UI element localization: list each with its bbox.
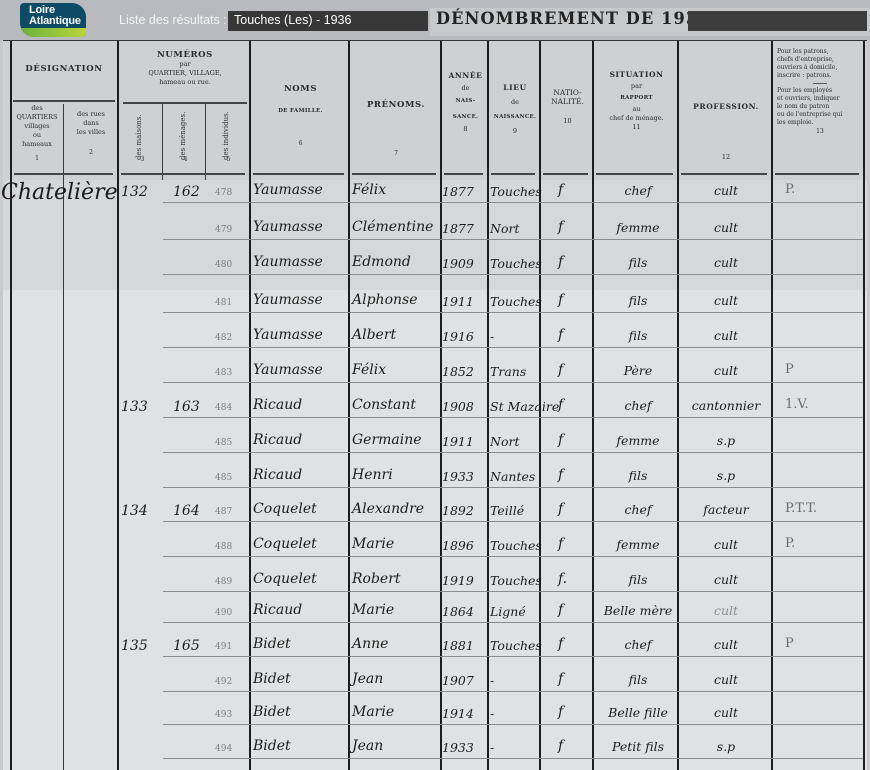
col-num-6: 6 [251, 140, 350, 147]
header-noms: NOMS DE FAMILLE. 6 [251, 84, 350, 147]
col-num-4: 4 [164, 156, 207, 163]
row-ruling [163, 274, 863, 275]
logo-line-2: Atlantique [29, 16, 81, 27]
column-border [117, 40, 119, 770]
cell-maison: 134 [121, 503, 148, 519]
cell-individu: 492 [215, 677, 232, 687]
header-line: ou de l'entreprise qui [777, 111, 863, 119]
cell-annee: 1911 [442, 294, 474, 309]
cell-individu: 484 [215, 403, 232, 413]
cell-maison: 133 [121, 399, 148, 415]
cell-situation: Belle mère [603, 603, 673, 618]
header-line: chefs d'entreprise, [777, 56, 863, 64]
cell-individu: 493 [215, 710, 232, 720]
cell-patron: P. [785, 182, 795, 197]
cell-annee: 1877 [442, 221, 474, 236]
cell-annee: 1852 [442, 364, 474, 379]
cell-individu: 479 [215, 225, 232, 235]
cell-nationalite: f [558, 327, 563, 343]
cell-annee: 1914 [442, 706, 474, 721]
cell-individu: 491 [215, 642, 232, 652]
col-num-13: 13 [777, 127, 863, 136]
cell-profession: cult [683, 537, 769, 552]
cell-nom: Yaumasse [253, 327, 323, 343]
situation-l3: RAPPORT [594, 91, 679, 105]
designation-title: DÉSIGNATION [11, 64, 117, 74]
header-line: Pour les employés [777, 87, 863, 95]
cell-menage: 162 [173, 184, 200, 200]
cell-situation: chef [603, 398, 673, 413]
header-line: Pour les patrons, [777, 48, 863, 56]
lieu-title: LIEU [489, 78, 541, 98]
col-num-1: 1 [11, 155, 63, 162]
cell-individu: 480 [215, 260, 232, 270]
header-nationalite: NATIO- NALITÉ. 10 [541, 88, 594, 126]
header-line: le nom du patron [777, 103, 863, 111]
column-border [771, 40, 773, 770]
cell-annee: 1933 [442, 740, 474, 755]
cell-lieu: Nort [490, 434, 519, 449]
cell-annee: 1892 [442, 503, 474, 518]
header-rule [123, 102, 247, 104]
header-bottom-rule [596, 173, 673, 175]
header-bottom-rule [681, 173, 767, 175]
profession-title: PROFESSION. [679, 102, 773, 111]
row-ruling [163, 591, 863, 592]
col-5-label: des individus. [222, 100, 230, 160]
row-ruling [163, 382, 863, 383]
column-border [249, 40, 251, 770]
col-num-3: 3 [121, 156, 164, 163]
cell-situation: chef [603, 637, 673, 652]
col-num-12: 12 [679, 153, 773, 162]
row-ruling [163, 556, 863, 557]
col-num-7: 7 [350, 150, 442, 157]
cell-lieu: - [490, 673, 494, 688]
cell-lieu: Touches [490, 573, 542, 588]
cell-individu: 478 [215, 188, 232, 198]
cell-situation: fils [603, 293, 673, 308]
col-num-11: 11 [594, 123, 679, 132]
cell-annee: 1919 [442, 573, 474, 588]
noms-sub: DE FAMILLE. [251, 108, 350, 114]
cell-individu: 488 [215, 542, 232, 552]
cell-nom: Ricaud [253, 432, 302, 448]
situation-title: SITUATION [594, 68, 679, 82]
cell-patron: P [785, 636, 794, 651]
cell-profession: cult [683, 572, 769, 587]
situation-l5: chef de ménage. [594, 114, 679, 123]
cell-nom: Bidet [253, 671, 291, 687]
cell-lieu: St Mazaire [490, 399, 559, 414]
column-border [592, 40, 594, 770]
cell-prenom: Clémentine [352, 219, 433, 235]
cell-situation: fils [603, 328, 673, 343]
cell-profession: cantonnier [683, 398, 769, 413]
cell-individu: 485 [215, 473, 232, 483]
header-rule [13, 100, 115, 102]
cell-patron: P [785, 362, 794, 377]
prenoms-title: PRÉNOMS. [350, 100, 442, 110]
cell-profession: facteur [683, 502, 769, 517]
row-ruling [163, 202, 863, 203]
col-num-5: 5 [207, 156, 250, 163]
header-line: hameaux [11, 140, 63, 149]
cell-nationalite: f [558, 397, 563, 413]
cell-annee: 1877 [442, 184, 474, 199]
cell-situation: femme [603, 537, 673, 552]
results-select[interactable]: Touches (Les) - 1936 [228, 11, 428, 31]
cell-annee: 1907 [442, 673, 474, 688]
cell-lieu: - [490, 740, 494, 755]
row-ruling [163, 656, 863, 657]
designation-col2-text: des ruesdansles villes [65, 110, 117, 137]
cell-prenom: Marie [352, 602, 394, 618]
cell-nom: Bidet [253, 738, 291, 754]
cell-nom: Coquelet [253, 501, 317, 517]
situation-l2: par [594, 82, 679, 91]
cell-nom: Yaumasse [253, 254, 323, 270]
cell-profession: cult [683, 293, 769, 308]
cell-profession: cult [683, 637, 769, 652]
header-line: les emploie. [777, 119, 863, 127]
header-line: QUARTIER, VILLAGE, [121, 69, 249, 78]
cell-prenom: Jean [352, 738, 383, 754]
header-lieu: LIEU de NAISSANCE. 9 [489, 78, 541, 136]
loire-atlantique-logo[interactable]: Loire Atlantique [20, 3, 86, 37]
cell-maison: 135 [121, 638, 148, 654]
row-ruling [163, 312, 863, 313]
cell-nationalite: f [558, 738, 563, 754]
cell-patron: 1.V. [785, 397, 809, 412]
cell-nom: Coquelet [253, 571, 317, 587]
col-3-label: des maisons. [135, 100, 143, 160]
results-label: Liste des résultats : [119, 13, 227, 27]
header-line: dans [65, 119, 117, 128]
header-bottom-rule [253, 173, 344, 175]
cell-nationalite: f [558, 219, 563, 235]
header-numeros: NUMÉROS parQUARTIER, VILLAGE,hameau ou r… [121, 50, 249, 87]
cell-lieu: Ligné [490, 604, 526, 619]
cell-nom: Yaumasse [253, 219, 323, 235]
cell-situation: Père [603, 363, 673, 378]
cell-profession: cult [683, 363, 769, 378]
subcolumn-border [162, 104, 163, 180]
cell-nationalite: f [558, 362, 563, 378]
header-line: ou [11, 131, 63, 140]
cell-lieu: Teillé [490, 503, 524, 518]
header-line: des rues [65, 110, 117, 119]
cell-individu: 481 [215, 298, 232, 308]
cell-annee: 1881 [442, 638, 474, 653]
cell-nationalite: f [558, 704, 563, 720]
header-col-2: des ruesdansles villes 2 [65, 110, 117, 156]
cell-individu: 485 [215, 438, 232, 448]
cell-lieu: Touches [490, 538, 542, 553]
header-annee: ANNÉE de NAIS- SANCE. 8 [442, 68, 489, 134]
cell-nom: Ricaud [253, 397, 302, 413]
cell-lieu: Touches [490, 638, 542, 653]
cell-nationalite: f [558, 467, 563, 483]
cell-prenom: Alexandre [352, 501, 424, 517]
subcolumn-border [205, 104, 206, 180]
cell-nom: Bidet [253, 636, 291, 652]
row-ruling [163, 521, 863, 522]
lieu-l2: de [489, 98, 541, 107]
cell-profession: cult [683, 705, 769, 720]
header-line: QUARTIERS [11, 113, 63, 122]
cell-prenom: Henri [352, 467, 393, 483]
header-bottom-rule [775, 173, 859, 175]
cell-lieu: Touches [490, 256, 542, 271]
nationalite-title: NATIO- [541, 88, 594, 97]
cell-profession: s.p [683, 433, 769, 448]
top-rule [3, 40, 867, 41]
cell-prenom: Marie [352, 536, 394, 552]
cell-lieu: Touches [490, 294, 542, 309]
cell-patron: P. [785, 536, 795, 551]
title-dark-bar [688, 11, 867, 31]
cell-nationalite: f [558, 182, 563, 198]
column-border [10, 40, 12, 770]
cell-individu: 487 [215, 507, 232, 517]
header-bottom-rule [352, 173, 436, 175]
cell-prenom: Albert [352, 327, 396, 343]
cell-profession: cult [683, 183, 769, 198]
header-line: par [121, 60, 249, 69]
row-ruling [163, 622, 863, 623]
cell-profession: s.p [683, 739, 769, 754]
cell-annee: 1911 [442, 434, 474, 449]
header-bottom-rule [543, 173, 588, 175]
cell-situation: Belle fille [603, 705, 673, 720]
cell-prenom: Germaine [352, 432, 422, 448]
col-num-8: 8 [442, 125, 489, 134]
header-bottom-rule [444, 173, 483, 175]
cell-maison: 132 [121, 184, 148, 200]
cell-nationalite: f. [558, 571, 567, 587]
cell-individu: 482 [215, 333, 232, 343]
col-num-10: 10 [541, 117, 594, 126]
column-border [863, 40, 865, 770]
cell-annee: 1908 [442, 399, 474, 414]
cell-prenom: Constant [352, 397, 416, 413]
cell-nom: Yaumasse [253, 362, 323, 378]
lieu-l3: NAISSANCE. [489, 107, 541, 127]
header-line: les villes [65, 128, 117, 137]
document-title: DÉNOMBREMENT DE 1936. [436, 9, 717, 29]
row-ruling [163, 487, 863, 488]
cell-prenom: Robert [352, 571, 401, 587]
cell-profession: s.p [683, 468, 769, 483]
cell-lieu: - [490, 706, 494, 721]
cell-nationalite: f [558, 671, 563, 687]
cell-nom: Ricaud [253, 467, 302, 483]
header-designation: DÉSIGNATION [11, 64, 117, 74]
header-line: inscrire : patrons. [777, 72, 863, 80]
row-ruling [163, 452, 863, 453]
cell-nationalite: f [558, 432, 563, 448]
annee-title: ANNÉE [442, 68, 489, 84]
numeros-title: NUMÉROS [121, 50, 249, 60]
patron-separator [813, 83, 827, 84]
cell-situation: Petit fils [603, 739, 673, 754]
cell-nationalite: f [558, 602, 563, 618]
annee-l4: SANCE. [442, 109, 489, 125]
cell-situation: chef [603, 502, 673, 517]
census-sheet: DÉSIGNATION desQUARTIERSvillagesouhameau… [3, 40, 867, 770]
cell-nom: Bidet [253, 704, 291, 720]
cell-menage: 163 [173, 399, 200, 415]
header-col-1: desQUARTIERSvillagesouhameaux 1 [11, 104, 63, 162]
header-patron: Pour les patrons,chefs d'entreprise,ouvr… [774, 48, 866, 136]
cell-situation: fils [603, 468, 673, 483]
column-border [677, 40, 679, 770]
cell-nationalite: f [558, 501, 563, 517]
cell-profession: cult [683, 328, 769, 343]
row-ruling [163, 347, 863, 348]
header-line: villages [11, 122, 63, 131]
cell-annee: 1916 [442, 329, 474, 344]
cell-prenom: Edmond [352, 254, 411, 270]
header-line: hameau ou rue. [121, 78, 249, 87]
cell-profession: cult [683, 255, 769, 270]
cell-prenom: Jean [352, 671, 383, 687]
column-border [348, 40, 350, 770]
cell-individu: 490 [215, 608, 232, 618]
designation-col1-text: desQUARTIERSvillagesouhameaux [11, 104, 63, 149]
quartier-name: Chatelière [1, 180, 118, 205]
cell-situation: fils [603, 672, 673, 687]
annee-l3: NAIS- [442, 93, 489, 109]
cell-prenom: Félix [352, 362, 386, 378]
patron-text-2: Pour les employéset ouvriers, indiquerle… [777, 87, 863, 127]
noms-title: NOMS [251, 84, 350, 94]
cell-nom: Ricaud [253, 602, 302, 618]
cell-situation: chef [603, 183, 673, 198]
numeros-subtitle: parQUARTIER, VILLAGE,hameau ou rue. [121, 60, 249, 87]
col-num-9: 9 [489, 127, 541, 136]
cell-situation: femme [603, 433, 673, 448]
cell-nom: Yaumasse [253, 182, 323, 198]
header-bottom-rule [491, 173, 535, 175]
cell-individu: 483 [215, 368, 232, 378]
cell-lieu: Trans [490, 364, 526, 379]
cell-nationalite: f [558, 292, 563, 308]
cell-annee: 1864 [442, 604, 474, 619]
annee-l2: de [442, 84, 489, 93]
cell-annee: 1896 [442, 538, 474, 553]
header-bottom-rule [121, 173, 245, 175]
cell-patron: P.T.T. [785, 501, 817, 516]
cell-menage: 165 [173, 638, 200, 654]
cell-menage: 164 [173, 503, 200, 519]
cell-nationalite: f [558, 254, 563, 270]
toolbar: Loire Atlantique Liste des résultats : T… [0, 0, 870, 40]
header-bottom-rule [14, 173, 113, 175]
col-4-label: des ménages. [179, 100, 187, 160]
row-ruling [163, 417, 863, 418]
cell-nom: Coquelet [253, 536, 317, 552]
body-area-bottom [3, 290, 867, 770]
cell-individu: 494 [215, 744, 232, 754]
row-ruling [163, 691, 863, 692]
cell-prenom: Anne [352, 636, 388, 652]
logo-green-swoosh [20, 28, 86, 37]
cell-lieu: Touches [490, 184, 542, 199]
col-num-2: 2 [65, 149, 117, 156]
row-ruling [163, 239, 863, 240]
cell-situation: femme [603, 220, 673, 235]
patron-text-1: Pour les patrons,chefs d'entreprise,ouvr… [777, 48, 863, 80]
header-line: ouvriers à domicile, [777, 64, 863, 72]
header-prenoms: PRÉNOMS. 7 [350, 100, 442, 157]
header-line: et ouvriers, indiquer [777, 95, 863, 103]
header-line: des [11, 104, 63, 113]
cell-situation: fils [603, 255, 673, 270]
row-ruling [163, 758, 863, 759]
logo-text: Loire Atlantique [29, 5, 81, 27]
header-profession: PROFESSION. 12 [679, 102, 773, 162]
cell-nom: Yaumasse [253, 292, 323, 308]
cell-profession: cult [683, 603, 769, 618]
cell-prenom: Félix [352, 182, 386, 198]
cell-prenom: Alphonse [352, 292, 417, 308]
cell-profession: cult [683, 672, 769, 687]
situation-l4: au [594, 105, 679, 114]
cell-individu: 489 [215, 577, 232, 587]
cell-situation: fils [603, 572, 673, 587]
cell-nationalite: f [558, 636, 563, 652]
cell-nationalite: f [558, 536, 563, 552]
cell-lieu: - [490, 329, 494, 344]
nationalite-l2: NALITÉ. [541, 97, 594, 107]
row-ruling [163, 724, 863, 725]
cell-annee: 1909 [442, 256, 474, 271]
column-border [487, 40, 489, 770]
cell-lieu: Nort [490, 221, 519, 236]
cell-prenom: Marie [352, 704, 394, 720]
cell-annee: 1933 [442, 469, 474, 484]
cell-lieu: Nantes [490, 469, 535, 484]
header-situation: SITUATION par RAPPORT au chef de ménage.… [594, 68, 679, 132]
cell-profession: cult [683, 220, 769, 235]
